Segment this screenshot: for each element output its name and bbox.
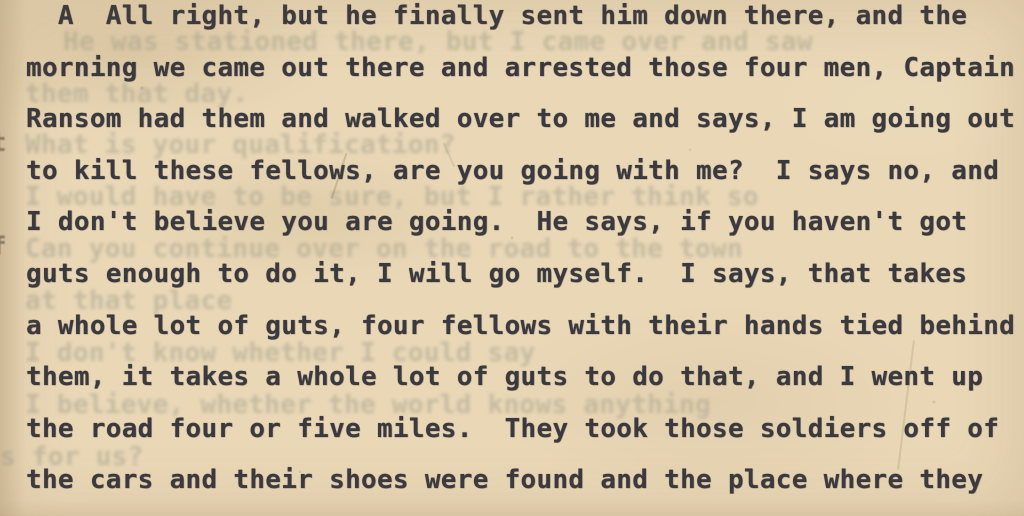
text-line: I don't believe you are going. He says, … [26,197,1024,249]
text-line: A All right, but he finally sent him dow… [26,0,1024,43]
scanned-document-page: He was stationed there, but I came over … [0,0,1024,516]
text-line: guts enough to do it, I will go myself. … [26,249,1024,301]
text-line: a whole lot of guts, four fellows with t… [26,301,1024,353]
typewritten-text-block: A All right, but he finally sent him dow… [26,0,1024,507]
text-line: them, it takes a whole lot of guts to do… [26,352,1024,404]
edge-clipped-glyph: t [0,128,7,158]
edge-clipped-glyph: f [0,232,7,262]
text-line: to kill these fellows, are you going wit… [26,146,1024,198]
text-line: the cars and their shoes were found and … [26,455,1024,507]
text-line: morning we came out there and arrested t… [26,43,1024,95]
text-line: Ransom had them and walked over to me an… [26,94,1024,146]
text-line: the road four or five miles. They took t… [26,404,1024,456]
